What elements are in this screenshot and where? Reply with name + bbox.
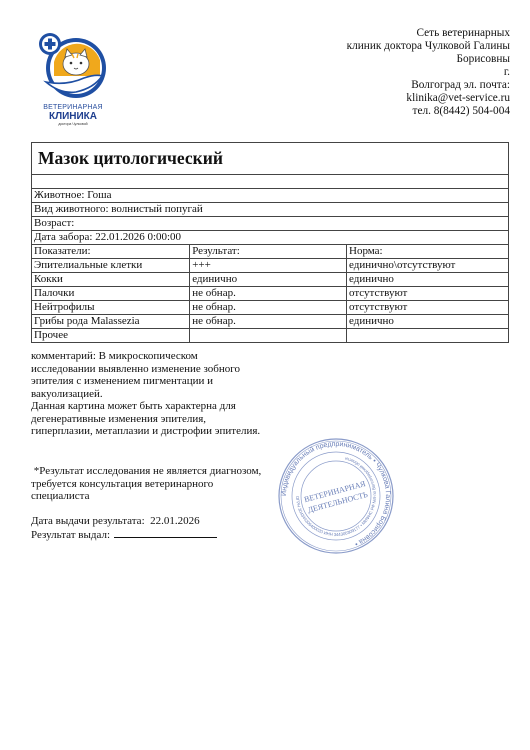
- norm-cell: единично: [347, 315, 509, 329]
- comment-block: комментарий: В микроскопическом исследов…: [31, 350, 301, 438]
- norm-cell: отсутствуют: [347, 287, 509, 301]
- report-title: Мазок цитологический: [32, 143, 509, 175]
- logo-text-veterinary: ВЕТЕРИНАРНАЯ: [36, 104, 110, 111]
- address-line: клиник доктора Чулковой Галины: [250, 40, 510, 53]
- clinic-stamp-icon: Индивидуальный предприниматель • Чулкова…: [277, 437, 395, 555]
- comment-line: исследовании выявленно изменение зобного: [31, 363, 301, 376]
- address-line: Волгоград эл. почта:: [250, 79, 510, 92]
- address-line: г.: [250, 66, 510, 79]
- table-row: Грибы рода Malassezia не обнар. единично: [32, 315, 509, 329]
- disclaimer-block: *Результат исследования не является диаг…: [31, 465, 291, 503]
- norm-cell: [347, 329, 509, 343]
- animal-species: Вид животного: волнистый попугай: [32, 203, 509, 217]
- issued-by-row: Результат выдал:: [31, 528, 217, 542]
- address-line: Борисовны: [250, 53, 510, 66]
- result-cell: не обнар.: [190, 315, 347, 329]
- table-row: Кокки единично единично: [32, 273, 509, 287]
- cytology-report-table: Мазок цитологический Животное: Гоша Вид …: [31, 142, 509, 343]
- logo-text-doctor: доктора Чулковой: [36, 122, 110, 126]
- disclaimer-line: специалиста: [31, 490, 291, 503]
- indicator-cell: Эпителиальные клетки: [32, 259, 190, 273]
- animal-name: Животное: Гоша: [32, 189, 509, 203]
- issue-info: Дата выдачи результата: 22.01.2026 Резул…: [31, 515, 217, 541]
- result-cell: +++: [190, 259, 347, 273]
- result-cell: не обнар.: [190, 287, 347, 301]
- column-header-norm: Норма:: [347, 245, 509, 259]
- norm-cell: единично: [347, 273, 509, 287]
- result-cell: [190, 329, 347, 343]
- clinic-contact-block: Сеть ветеринарных клиник доктора Чулково…: [250, 27, 510, 118]
- sample-date: Дата забора: 22.01.2026 0:00:00: [32, 231, 509, 245]
- disclaimer-line: *Результат исследования не является диаг…: [31, 465, 291, 478]
- empty-row: [32, 175, 509, 189]
- table-row: Эпителиальные клетки +++ единично\отсутс…: [32, 259, 509, 273]
- result-cell: единично: [190, 273, 347, 287]
- table-row: Прочее: [32, 329, 509, 343]
- column-header-result: Результат:: [190, 245, 347, 259]
- norm-cell: отсутствуют: [347, 301, 509, 315]
- address-line: Сеть ветеринарных: [250, 27, 510, 40]
- indicator-cell: Прочее: [32, 329, 190, 343]
- table-row: Нейтрофилы не обнар. отсутствуют: [32, 301, 509, 315]
- logo-text-clinic: КЛИНИКА: [36, 111, 110, 122]
- issued-by-label: Результат выдал:: [31, 529, 110, 541]
- column-header-indicator: Показатели:: [32, 245, 190, 259]
- table-row: Палочки не обнар. отсутствуют: [32, 287, 509, 301]
- disclaimer-line: требуется консультация ветеринарного: [31, 478, 291, 491]
- indicator-cell: Палочки: [32, 287, 190, 301]
- result-cell: не обнар.: [190, 301, 347, 315]
- email-link[interactable]: klinika@vet-service.ru: [250, 92, 510, 105]
- comment-line: гиперплазии, метаплазии и дистрофии эпит…: [31, 425, 301, 438]
- comment-line: комментарий: В микроскопическом: [31, 350, 301, 363]
- clinic-logo: ВЕТЕРИНАРНАЯ КЛИНИКА доктора Чулковой: [36, 30, 110, 125]
- comment-line: дегенеративные изменения эпителия,: [31, 413, 301, 426]
- phone-number: тел. 8(8442) 504-004: [250, 105, 510, 118]
- signature-line: [114, 528, 217, 538]
- table-header-row: Показатели: Результат: Норма:: [32, 245, 509, 259]
- indicator-cell: Кокки: [32, 273, 190, 287]
- cat-in-hand-icon: [36, 30, 110, 104]
- comment-line: вакуолизацией.: [31, 388, 301, 401]
- comment-line: Данная картина может быть характерна для: [31, 400, 301, 413]
- indicator-cell: Нейтрофилы: [32, 301, 190, 315]
- indicator-cell: Грибы рода Malassezia: [32, 315, 190, 329]
- norm-cell: единично\отсутствуют: [347, 259, 509, 273]
- issue-date: Дата выдачи результата: 22.01.2026: [31, 515, 217, 528]
- comment-line: эпителия с изменением пигментации и: [31, 375, 301, 388]
- animal-age: Возраст:: [32, 217, 509, 231]
